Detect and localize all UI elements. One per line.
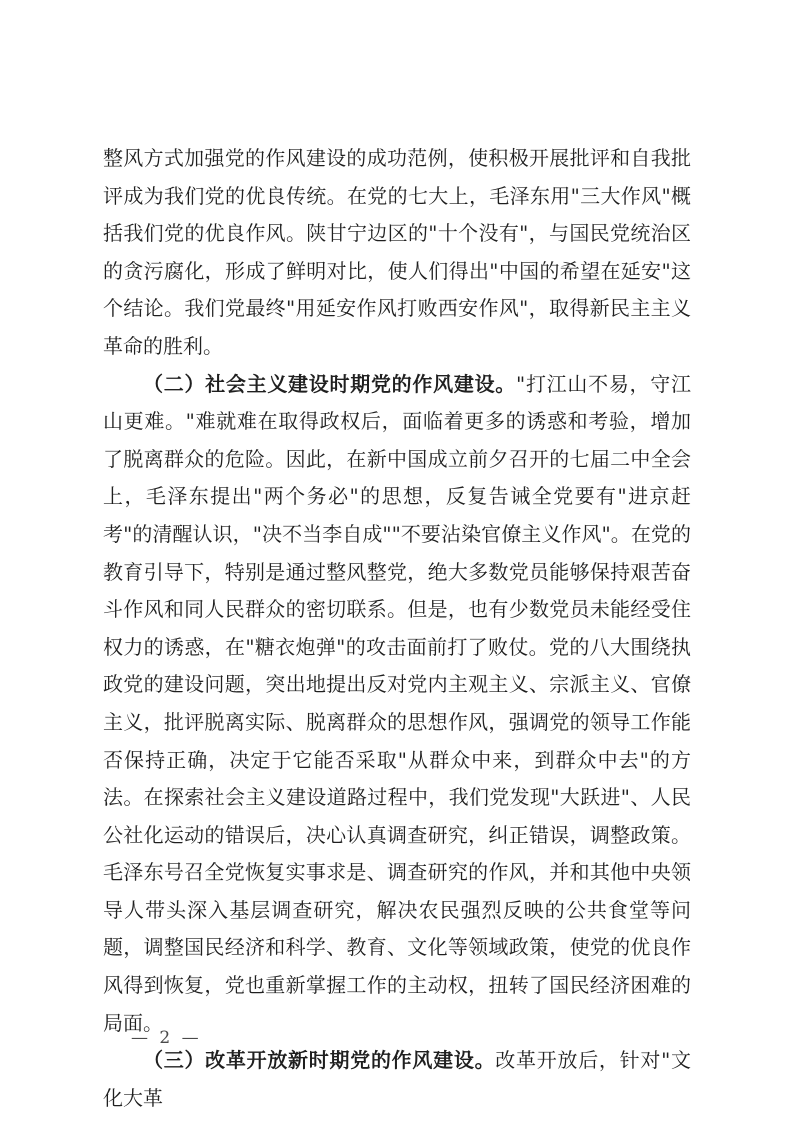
paragraph-heading: （二）社会主义建设时期党的作风建设。 xyxy=(143,372,516,396)
page-number: — 2 — xyxy=(131,1026,202,1050)
paragraph-text: 整风方式加强党的作风建设的成功范例，使积极开展批评和自我批评成为我们党的优良传统… xyxy=(103,146,691,358)
paragraph: （三）改革开放新时期党的作风建设。改革开放后，针对"文化大革 xyxy=(103,1042,691,1117)
document-body: 整风方式加强党的作风建设的成功范例，使积极开展批评和自我批评成为我们党的优良传统… xyxy=(103,140,691,1117)
paragraph-heading: （三）改革开放新时期党的作风建设。 xyxy=(143,1048,495,1072)
paragraph: （二）社会主义建设时期党的作风建设。"打江山不易，守江山更难。"难就难在取得政权… xyxy=(103,366,691,1043)
paragraph: 整风方式加强党的作风建设的成功范例，使积极开展批评和自我批评成为我们党的优良传统… xyxy=(103,140,691,366)
document-page: 整风方式加强党的作风建设的成功范例，使积极开展批评和自我批评成为我们党的优良传统… xyxy=(0,0,793,1122)
paragraph-text: "打江山不易，守江山更难。"难就难在取得政权后，面临着更多的诱惑和考验，增加了脱… xyxy=(103,372,691,1035)
